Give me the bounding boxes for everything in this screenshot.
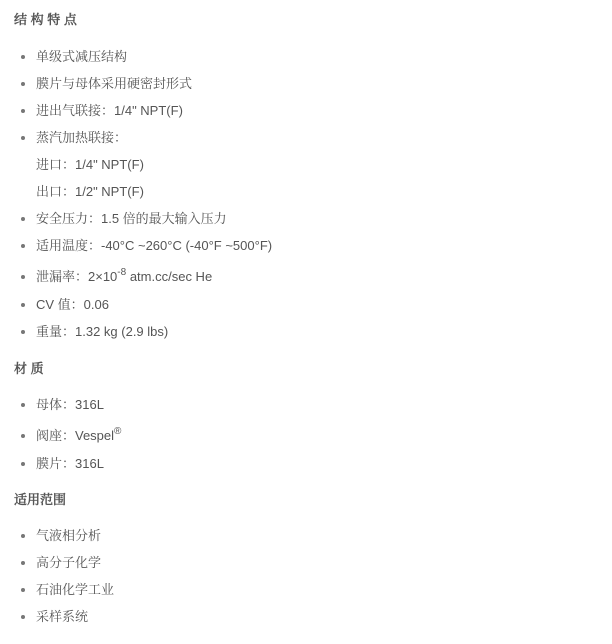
bullet-icon — [21, 588, 25, 592]
bullet-icon — [21, 403, 25, 407]
list-item-text: 母体：316L — [36, 396, 104, 414]
list-item-text: 阀座：Vespel® — [36, 427, 121, 445]
section-heading-structure: 结 构 特 点 — [14, 12, 77, 28]
list-item-text: 进出气联接：1/4" NPT(F) — [36, 102, 183, 120]
list-item-text: 泄漏率：2×10-8 atm.cc/sec He — [36, 268, 212, 286]
leak-rate-exponent: -8 — [117, 267, 126, 278]
list-item-text: 适用温度：-40°C ~260°C (-40°F ~500°F) — [36, 237, 272, 255]
list-item-text: 单级式减压结构 — [36, 48, 127, 66]
leak-rate-suffix: atm.cc/sec He — [126, 269, 212, 284]
bullet-icon — [21, 217, 25, 221]
section-heading-applications: 适用范围 — [14, 492, 66, 508]
list-item-text: 重量：1.32 kg (2.9 lbs) — [36, 323, 168, 341]
bullet-icon — [21, 434, 25, 438]
list-subitem-text: 出口：1/2" NPT(F) — [36, 183, 144, 201]
list-subitem-text: 进口：1/4" NPT(F) — [36, 156, 144, 174]
list-item-text: 膜片：316L — [36, 455, 104, 473]
bullet-icon — [21, 55, 25, 59]
list-item-text: 安全压力：1.5 倍的最大输入压力 — [36, 210, 227, 228]
list-item-text: 采样系统 — [36, 608, 88, 626]
registered-mark: ® — [114, 426, 121, 437]
bullet-icon — [21, 303, 25, 307]
section-heading-material: 材 质 — [14, 361, 44, 377]
bullet-icon — [21, 561, 25, 565]
list-item-text: 石油化学工业 — [36, 581, 114, 599]
list-item-text: 膜片与母体采用硬密封形式 — [36, 75, 192, 93]
bullet-icon — [21, 330, 25, 334]
bullet-icon — [21, 534, 25, 538]
bullet-icon — [21, 136, 25, 140]
bullet-icon — [21, 109, 25, 113]
leak-rate-prefix: 泄漏率：2×10 — [36, 269, 117, 284]
list-item-text: 高分子化学 — [36, 554, 101, 572]
list-item-text: CV 值：0.06 — [36, 296, 109, 314]
bullet-icon — [21, 244, 25, 248]
valve-seat-prefix: 阀座：Vespel — [36, 428, 114, 443]
bullet-icon — [21, 462, 25, 466]
list-item-text: 气液相分析 — [36, 527, 101, 545]
list-item-text: 蒸汽加热联接： — [36, 129, 127, 147]
bullet-icon — [21, 615, 25, 619]
bullet-icon — [21, 82, 25, 86]
bullet-icon — [21, 275, 25, 279]
